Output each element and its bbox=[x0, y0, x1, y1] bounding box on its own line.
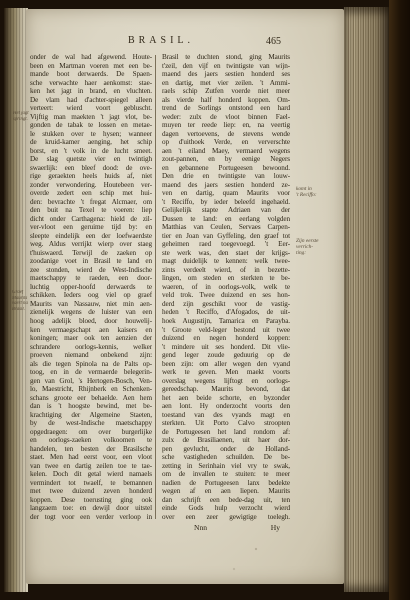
text-line: lo, Maestricht, Rhijnberk en Schenken- bbox=[30, 385, 152, 394]
margin-note: Zijn eersteverrich-ting: bbox=[296, 238, 330, 257]
text-line: Vijftig man maekten 't jagt vlot, be- bbox=[30, 113, 152, 122]
text-line: Het jagt bbox=[13, 111, 31, 117]
book-page: BRASIL. 465 onder de wal had afgewend. H… bbox=[26, 9, 344, 584]
text-line: dicht onder Carthagena: hield de zil- bbox=[30, 215, 152, 224]
text-line: geheimen raed toegevoegd. 't Eer- bbox=[162, 240, 290, 249]
text-line: zulx de Brasiliaenen, uit haer dor- bbox=[162, 436, 290, 445]
text-line: 't mindere uit ses honderd. Dit vlie- bbox=[162, 343, 290, 352]
text-line: ting: bbox=[296, 250, 330, 256]
text-line: hoek Augustijn, Tamarica en Parayba. bbox=[162, 317, 290, 326]
text-line: en dartig, met vier zeilen. 't Ammi- bbox=[162, 79, 290, 88]
text-line: sterkten. Uit Porto Calvo stroopten bbox=[162, 419, 290, 428]
text-line: Brasil te duchten stond, ging Maurits bbox=[162, 53, 290, 62]
text-line: der togt voor een verder verloop in bbox=[30, 513, 152, 522]
text-line: 't Reciffo: bbox=[296, 192, 330, 198]
text-line: muyen ter reede liep: en, na veertig bbox=[162, 121, 290, 130]
signature-row: Nnn Hy bbox=[162, 523, 290, 532]
text-line: het aen beide schorte, en byzonder bbox=[162, 394, 290, 403]
text-line: Gelijkelijk stapte Adriaen van der bbox=[162, 206, 290, 215]
text-line: kelen. Doch dit getal wierd namaels bbox=[30, 470, 152, 479]
text-line: zonder verwondering. Houtebeen ver- bbox=[30, 181, 152, 190]
text-line: den buit na Texel te voeren: liep bbox=[30, 206, 152, 215]
text-line: borst, en 't volk in de lucht smeet. bbox=[30, 147, 152, 156]
text-line: Dussen te land: en eerlang volgden bbox=[162, 215, 290, 224]
text-line: werk te geven. Men maekt voorts bbox=[162, 368, 290, 377]
text-line: weg. Aldus verrijkt wierp over staeg bbox=[30, 240, 152, 249]
text-line: om de invallen te stuiten: te meer bbox=[162, 470, 290, 479]
text-line: gereedschap. Maurits bevond, dat bbox=[162, 385, 290, 394]
text-line: been en Martman voeren met een be- bbox=[30, 62, 152, 71]
text-line: koningen; maer ook ten aenzien der bbox=[30, 334, 152, 343]
text-line: van twee en dartig zeilen toe te tae- bbox=[30, 462, 152, 471]
signature-mark: Nnn bbox=[194, 523, 207, 532]
text-line: zout-pannen, en by eenige Negers bbox=[162, 155, 290, 164]
text-line: dagen vertoevens, de stevens wende bbox=[162, 130, 290, 139]
page-number: 465 bbox=[266, 36, 306, 47]
text-line: 't Reciffo, by ieder beleefd ingehaeld. bbox=[162, 198, 290, 207]
text-line: derd zijn geschikt voor de vastig- bbox=[162, 300, 290, 309]
text-line: vaert na bbox=[12, 301, 30, 307]
column-divider-rule bbox=[155, 55, 156, 519]
text-line: ken vermaegschapt aen kaisers en bbox=[30, 326, 152, 335]
text-line: ver-vloot een geruime tijd by: en bbox=[30, 223, 152, 232]
text-line: als die tegen Spinola na de Palts op- bbox=[30, 360, 152, 369]
running-head: BRASIL. bbox=[30, 35, 292, 46]
text-line: magt duidelijk te kennen: welk twee- bbox=[162, 257, 290, 266]
text-line: den: bevrachte 't fregat Alcmaer, om bbox=[30, 198, 152, 207]
text-line: heden 't Reciffo, d'Afogados, de uit- bbox=[162, 308, 290, 317]
text-line: springt. bbox=[13, 117, 31, 123]
text-line: schans groote eer behaelde. Aen hem bbox=[30, 394, 152, 403]
text-line: trend de Sorlings ontstond een hard bbox=[162, 104, 290, 113]
text-line: toestand van des vyands magt en bbox=[162, 411, 290, 420]
text-line: langzaem toe: en dewijl door uitstel bbox=[30, 504, 152, 513]
text-line: Brasil. bbox=[12, 307, 30, 313]
text-line: als vierde half honderd koppen. Om- bbox=[162, 96, 290, 105]
text-line: met twee duizend zeven honderd bbox=[30, 487, 152, 496]
text-line: de kruid-kamer aenging, het schip bbox=[30, 138, 152, 147]
text-line: ven en dartig, quam Maurits voor bbox=[162, 189, 290, 198]
text-line: schrandere oorlogs-kennis, welker bbox=[30, 343, 152, 352]
text-line: opgedraegen: om over burgerlijke bbox=[30, 428, 152, 437]
text-line: de Portugeesen het land rondom af: bbox=[162, 428, 290, 437]
background-shadow bbox=[389, 0, 410, 600]
text-line: De slag quetste vier en twintigh bbox=[30, 155, 152, 164]
text-line: Maurits van Nassauw, niet min aen- bbox=[30, 300, 152, 309]
margin-note: Het jagtspringt. bbox=[13, 111, 31, 122]
text-line: overslag wegens lijftogt en oorlogs- bbox=[162, 377, 290, 386]
text-line: weder: zulx de vloot binnen Fael- bbox=[162, 113, 290, 122]
text-line: sche vastigheden schuilden. De be- bbox=[162, 453, 290, 462]
text-line: t'zeil, den vijf en twintigste van wijn- bbox=[162, 62, 290, 71]
text-line: gend leger zoude geduurig op de bbox=[162, 351, 290, 360]
text-line: gen van Grol, 's Hertogen-Bosch, Ven- bbox=[30, 377, 152, 386]
text-line: over een zeer gewigtige toelegh. bbox=[162, 513, 290, 522]
text-line: proeven niemand onbekend zijn: bbox=[30, 351, 152, 360]
text-line: waeren, of in oorlogs-volk, welk te bbox=[162, 283, 290, 292]
text-line: raels schip Zutfen voerde niet meer bbox=[162, 87, 290, 96]
text-line: ste werk was, den staet der krijgs- bbox=[162, 249, 290, 258]
text-line: en gebannene Portugeesen bewoond. bbox=[162, 164, 290, 173]
text-line: tier en Joan van Gyffeling, den graef to… bbox=[162, 232, 290, 241]
text-line: handelen, ten besten der Brasilsche bbox=[30, 445, 152, 454]
text-line: rige geraekten heels huids af, niet bbox=[30, 172, 152, 181]
text-line: dan schrijft een bede-dag uit, ten bbox=[162, 496, 290, 505]
text-line: le stukken over te hysen; wanneer bbox=[30, 130, 152, 139]
text-line: maend des jaers sestien honderd ze- bbox=[162, 181, 290, 190]
text-line: t'huiswaerd. Terwijl de zaeken op bbox=[30, 249, 152, 258]
text-line: 't Groote veld-leger bestond uit twee bbox=[162, 326, 290, 335]
text-line: wegen af en aen liepen. Maurits bbox=[162, 487, 290, 496]
text-line: hoog adelijk bloed, door houwelij- bbox=[30, 317, 152, 326]
text-line: luchtig opper-hoofd derwaerds te bbox=[30, 283, 152, 292]
text-line: been zijn: om aller wegen den vyand bbox=[162, 360, 290, 369]
text-line: toog, en in de vermaerde belegerin- bbox=[30, 368, 152, 377]
text-line: overde zedert een schip met hui- bbox=[30, 189, 152, 198]
text-line: sche verwachte haer aenkomst: stae- bbox=[30, 79, 152, 88]
text-line: aen lont. Hy onderzocht voorts den bbox=[162, 402, 290, 411]
text-line: zienelijk wegens de luister van een bbox=[30, 308, 152, 317]
book-fore-edge bbox=[344, 7, 390, 592]
text-line: zints verdeelt wierd, of in bezette- bbox=[162, 266, 290, 275]
text-line: pen gevlucht, onder de Holland- bbox=[162, 445, 290, 454]
text-line: maend des jaers sestien honderd ses bbox=[162, 70, 290, 79]
text-line: koppen. Dese toerusting ging ook bbox=[30, 496, 152, 505]
text-line: nadien de Portugeesen lanx bedekte bbox=[162, 479, 290, 488]
text-line: zetting in Serinhain viel vry te swak, bbox=[162, 462, 290, 471]
text-line: verteert: wierd voort gebluscht. bbox=[30, 104, 152, 113]
right-text-column: Brasil te duchten stond, ging Mauritst'z… bbox=[162, 53, 290, 521]
margin-note: GraefMauritsvaert naBrasil. bbox=[12, 290, 30, 312]
text-line: zee stonden, wierd de West-Indische bbox=[30, 266, 152, 275]
text-line: onder de wal had afgewend. Houte- bbox=[30, 53, 152, 62]
text-line: mande boot derwaerds. De Spaen- bbox=[30, 70, 152, 79]
text-line: op d'uithoek Verde, en ververschte bbox=[162, 138, 290, 147]
text-line: duizend en negen honderd koppen: bbox=[162, 334, 290, 343]
text-line: gonden de tabak te lossen en metae- bbox=[30, 121, 152, 130]
text-line: Matthias van Ceulen, Servaes Carpen- bbox=[162, 223, 290, 232]
text-line: sleepte eindelijk een der loefwaerdste bbox=[30, 232, 152, 241]
text-line: maetschappy te raeden, een door- bbox=[30, 274, 152, 283]
text-line: ken het jagt in brand, en vluchten. bbox=[30, 87, 152, 96]
text-line: dan is 't hoogste bewind, met be- bbox=[30, 402, 152, 411]
text-line: lingen, om steden en sterkten te be- bbox=[162, 274, 290, 283]
text-line: zoodanige voet in Brasil te land en bbox=[30, 257, 152, 266]
text-line: by de west-Indische maetschappy bbox=[30, 419, 152, 428]
text-line: staet. Men had eerst voor, een vloot bbox=[30, 453, 152, 462]
text-line: krachtiging der Algemeine Staeten, bbox=[30, 411, 152, 420]
text-line: schikken. Ieders oog viel op graef bbox=[30, 291, 152, 300]
text-line: einde Gods hulp verzocht wierd bbox=[162, 504, 290, 513]
catchword: Hy bbox=[271, 523, 280, 532]
text-line: swaerlijk: een bleef dood: de ove- bbox=[30, 164, 152, 173]
text-line: veld trok. Twee duizend en ses hon- bbox=[162, 291, 290, 300]
book-photo: BRASIL. 465 onder de wal had afgewend. H… bbox=[0, 0, 410, 600]
text-line: De vlam had d'achter-spiegel alleen bbox=[30, 96, 152, 105]
text-line: en oorlogs-zaeken volkoomen te bbox=[30, 436, 152, 445]
text-line: aen 't eiland Maey, vermaerd wegens bbox=[162, 147, 290, 156]
text-line: vermindert tot twaelf, te bemannen bbox=[30, 479, 152, 488]
text-line: Den drie en twintigste van louw- bbox=[162, 172, 290, 181]
margin-note: komt in't Reciffo: bbox=[296, 186, 330, 198]
left-text-column: onder de wal had afgewend. Houte-been en… bbox=[30, 53, 152, 521]
